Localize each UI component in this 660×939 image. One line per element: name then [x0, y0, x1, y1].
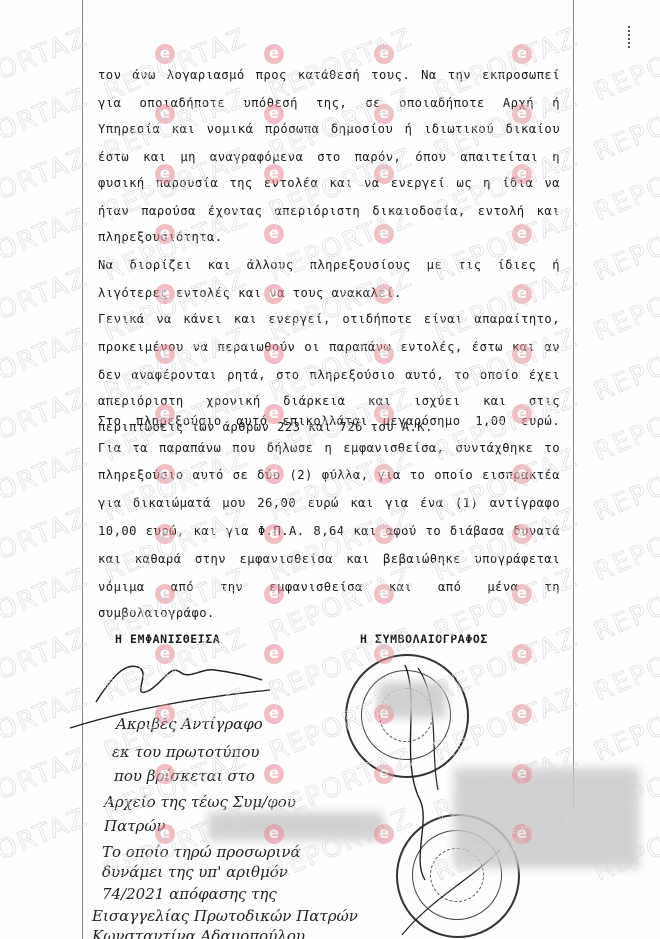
- handwritten-note-line: Εισαγγελίας Πρωτοδικών Πατρών: [92, 907, 358, 925]
- watermark-logo-icon: e: [264, 524, 284, 544]
- watermark-logo-icon: e: [264, 704, 284, 724]
- handwritten-note-line: Κωνσταντίνα Αδαμοπούλου: [92, 927, 305, 939]
- watermark-logo-icon: e: [264, 104, 284, 124]
- watermark-logo-icon: e: [264, 824, 284, 844]
- watermark-logo-icon: e: [264, 284, 284, 304]
- watermark-logo-icon: e: [264, 224, 284, 244]
- watermark-logo-icon: e: [264, 464, 284, 484]
- scanned-document-page: τον άνω λογαριασμό προς κατάθεσή τους. Ν…: [0, 0, 660, 939]
- watermark-logo-icon: e: [264, 764, 284, 784]
- watermark-logo-icon: e: [264, 344, 284, 364]
- watermark-logo-icon: e: [264, 44, 284, 64]
- watermark-logo-icon: e: [264, 164, 284, 184]
- watermark-logo-icon: e: [264, 584, 284, 604]
- watermark-logo-icon: e: [264, 644, 284, 664]
- watermark-logo-icon: e: [264, 404, 284, 424]
- handwritten-note-line: 74/2021 απόφασης της: [102, 885, 277, 903]
